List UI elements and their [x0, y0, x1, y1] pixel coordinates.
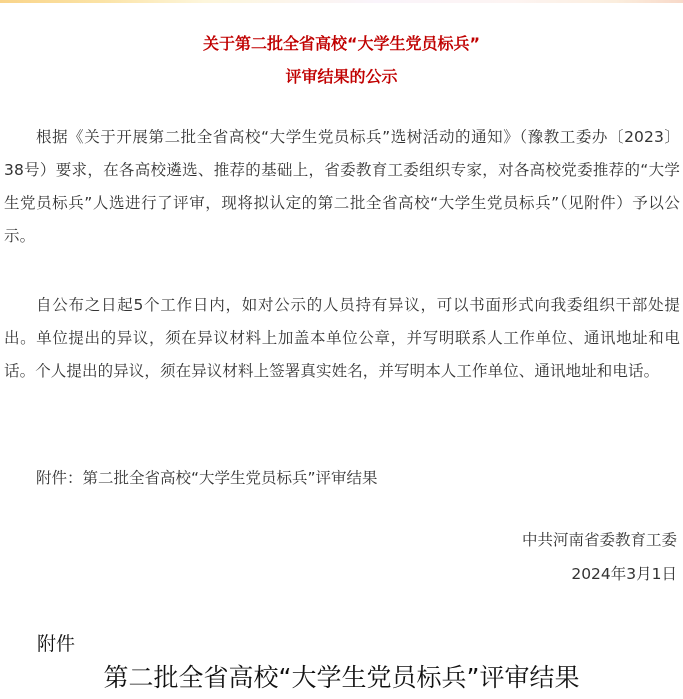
decorative-header-bar: [0, 0, 683, 3]
notice-title-line-1: 关于第二批全省高校“大学生党员标兵”: [0, 34, 683, 54]
annex-label: 附件: [37, 630, 75, 658]
annex-title: 第二批全省高校“大学生党员标兵”评审结果: [0, 660, 683, 696]
notice-paragraph-2: 自公布之日起5个工作日内，如对公示的人员持有异议，可以书面形式向我委组织干部处提…: [4, 289, 680, 388]
signature-organization: 中共河南省委教育工委: [522, 524, 677, 557]
notice-paragraph-1: 根据《关于开展第二批全省高校“大学生党员标兵”选树活动的通知》（豫教工委办〔20…: [4, 121, 680, 253]
signature-date: 2024年3月1日: [571, 558, 677, 591]
attachment-reference: 附件：第二批全省高校“大学生党员标兵”评审结果: [36, 462, 378, 495]
notice-title-line-2: 评审结果的公示: [0, 67, 683, 87]
